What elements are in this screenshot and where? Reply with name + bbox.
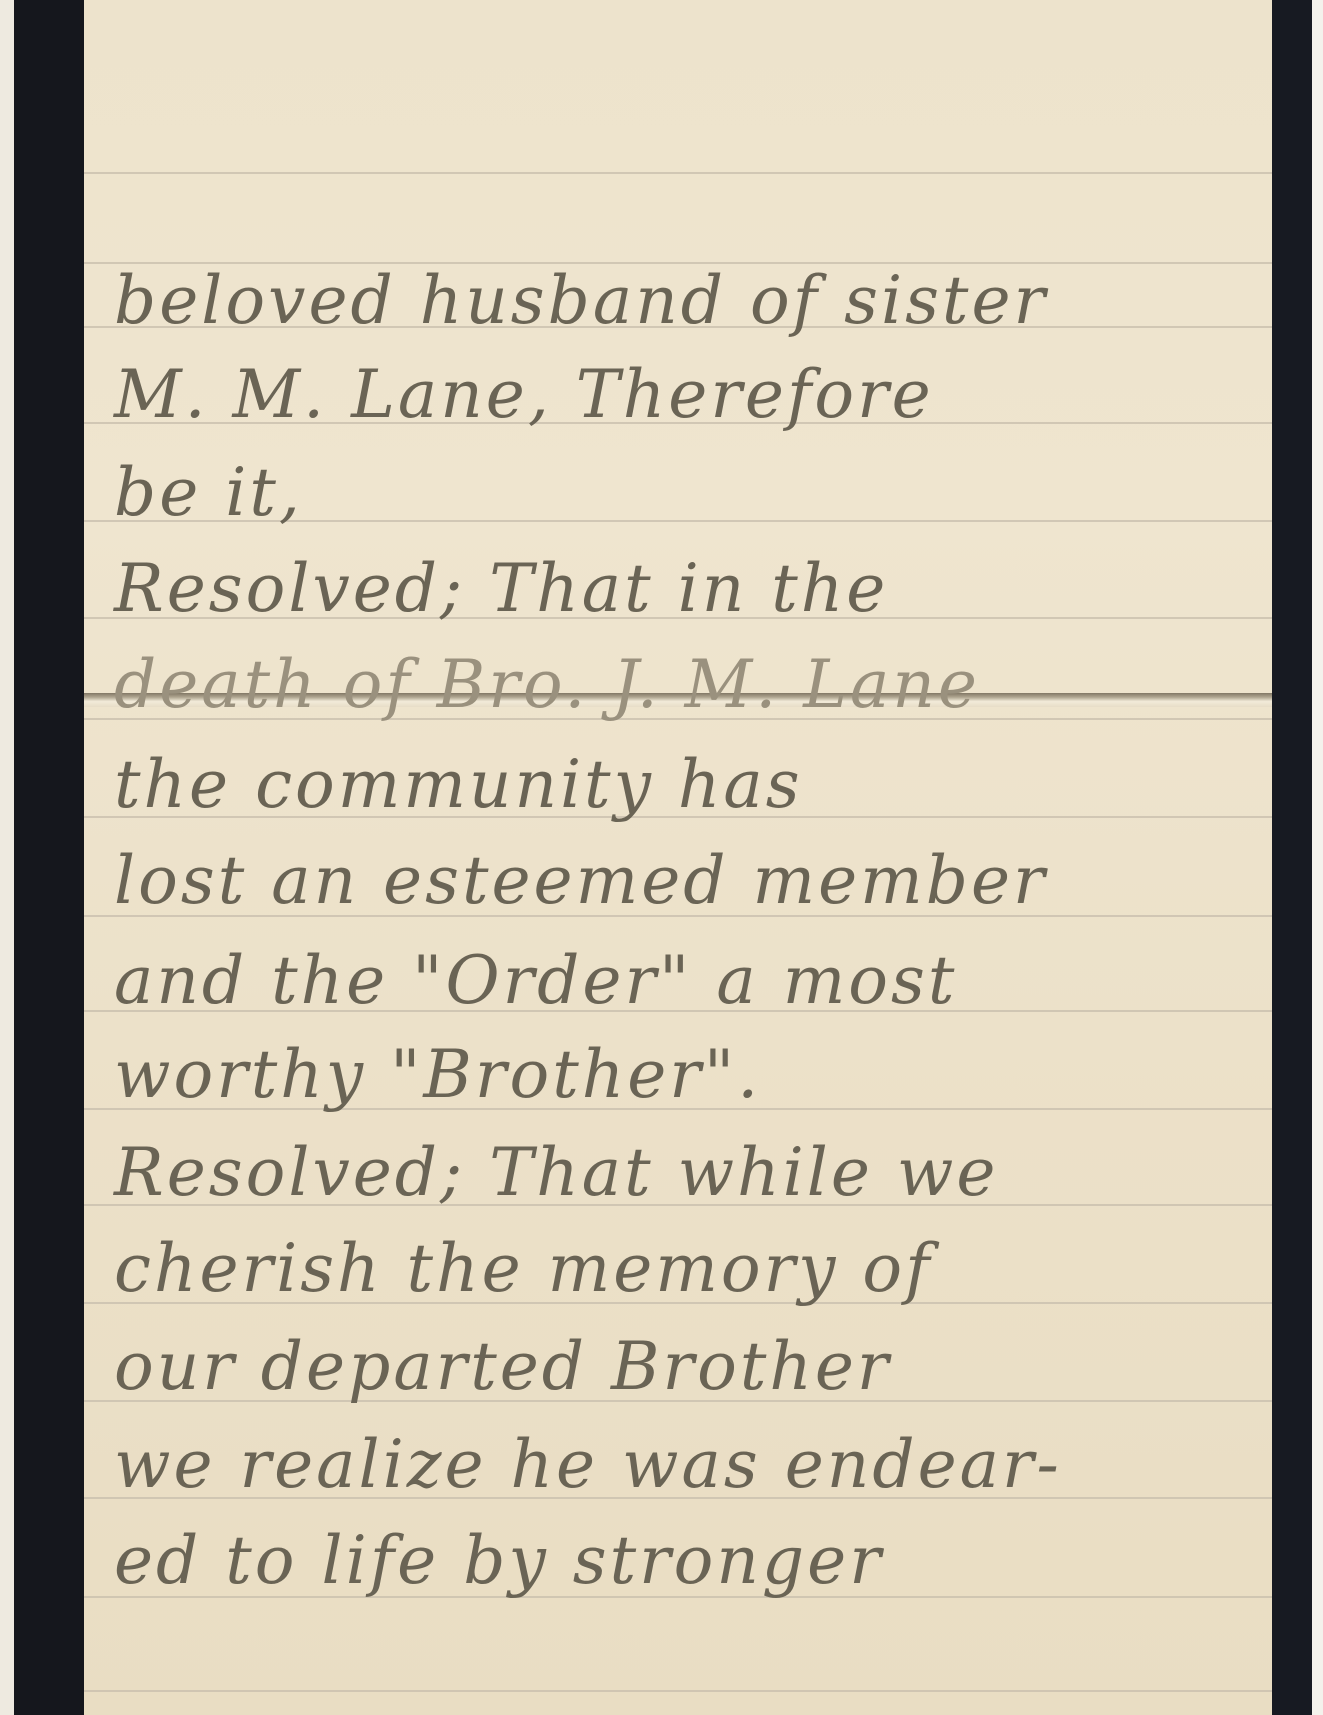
handwritten-line-7: lost an esteemed member bbox=[114, 848, 1244, 914]
handwritten-line-3: be it, bbox=[114, 460, 1244, 526]
handwritten-line-4: Resolved; That in the bbox=[114, 556, 1244, 622]
handwritten-line-12: our departed Brother bbox=[114, 1334, 1244, 1400]
page-edge-left bbox=[0, 0, 14, 1715]
handwritten-line-14: ed to life by stronger bbox=[114, 1528, 1244, 1594]
handwritten-line-2: M. M. Lane, Therefore bbox=[114, 362, 1244, 428]
lined-paper-page: beloved husband of sister M. M. Lane, Th… bbox=[84, 0, 1272, 1715]
handwritten-line-9: worthy "Brother". bbox=[114, 1042, 1244, 1108]
handwritten-line-1: beloved husband of sister bbox=[114, 268, 1244, 334]
handwritten-line-13: we realize he was endear- bbox=[114, 1432, 1244, 1498]
handwritten-line-8: and the "Order" a most bbox=[114, 948, 1244, 1014]
page-edge-right bbox=[1312, 0, 1323, 1715]
black-mourning-border-right bbox=[1272, 0, 1312, 1715]
black-mourning-border-left bbox=[14, 0, 84, 1715]
ruled-line bbox=[84, 1690, 1272, 1692]
handwritten-line-5: death of Bro. J. M. Lane bbox=[114, 652, 1244, 718]
handwritten-line-6: the community has bbox=[114, 752, 1244, 818]
handwritten-line-10: Resolved; That while we bbox=[114, 1140, 1244, 1206]
handwritten-line-11: cherish the memory of bbox=[114, 1236, 1244, 1302]
ruled-line bbox=[84, 172, 1272, 174]
